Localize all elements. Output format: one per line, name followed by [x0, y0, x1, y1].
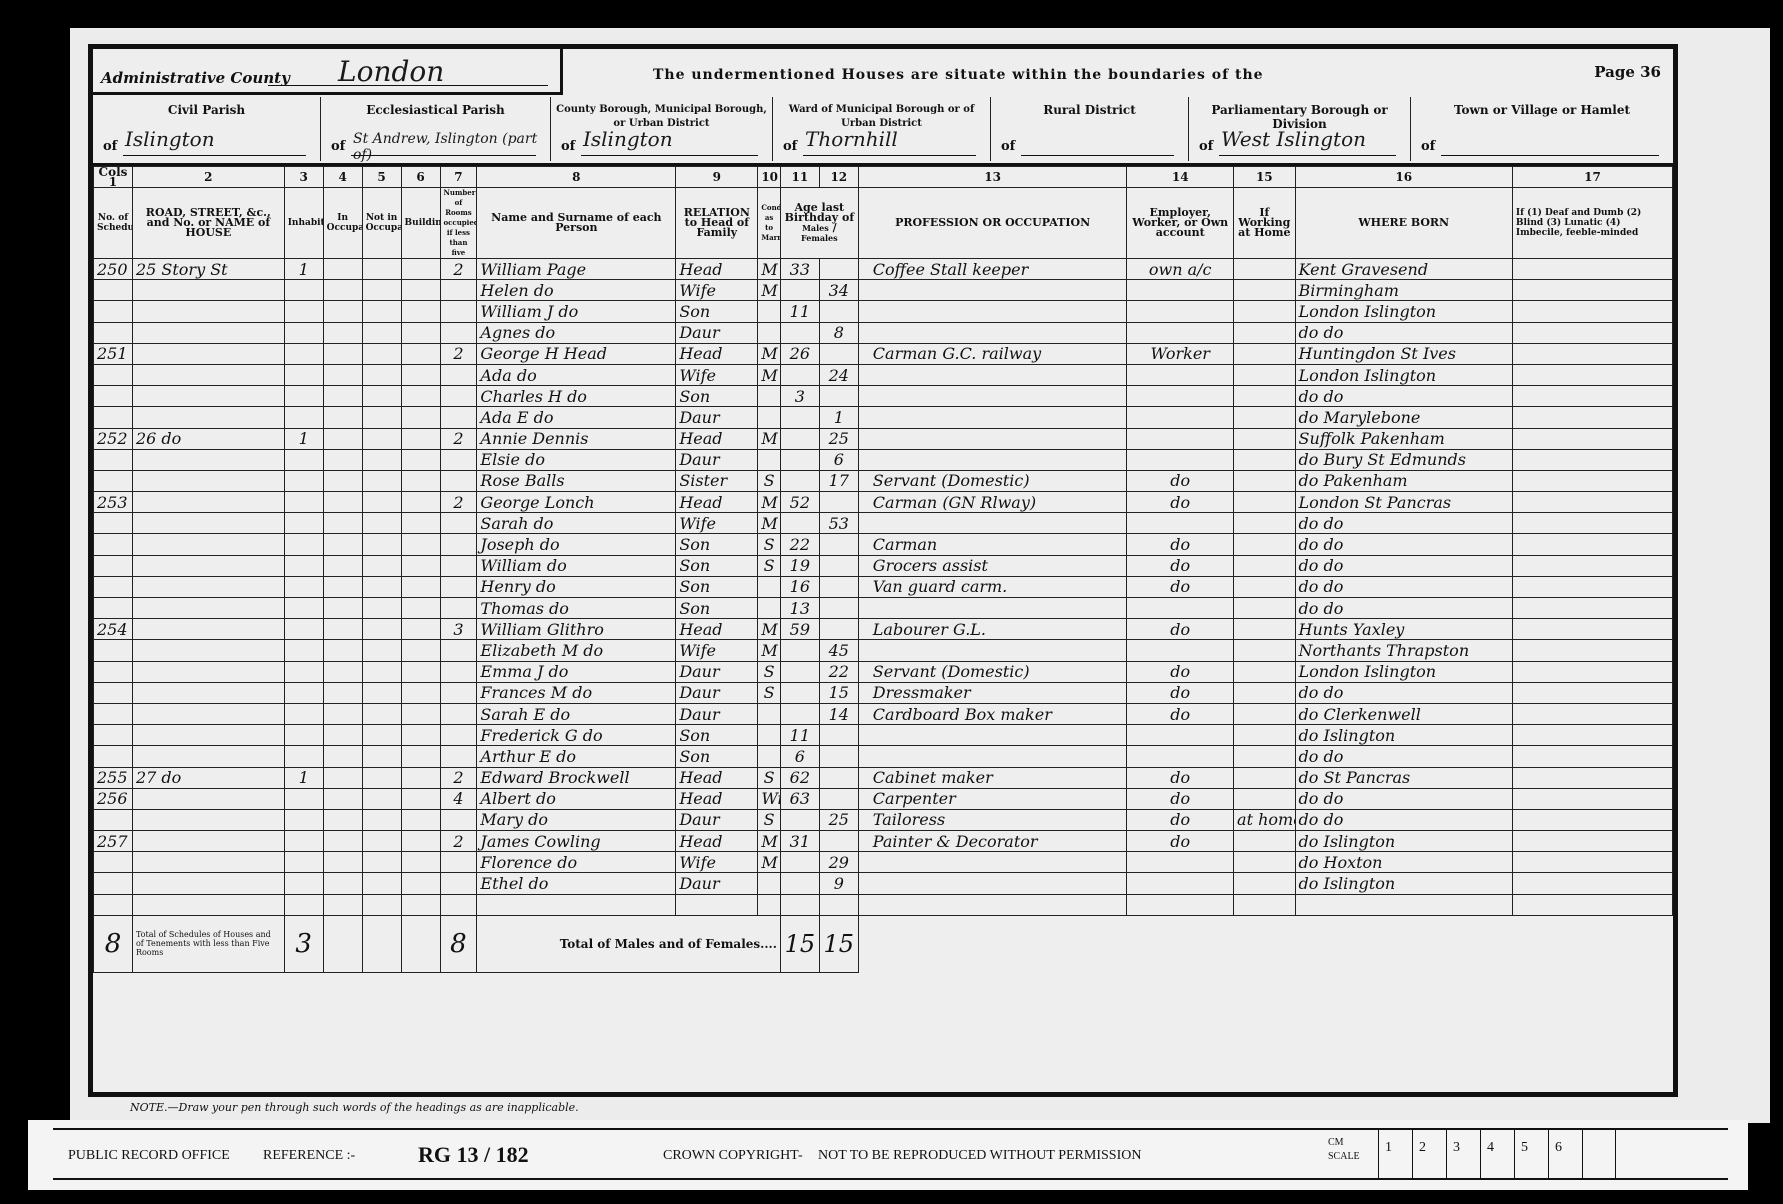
cell-occ [858, 725, 1127, 746]
cell-inf [1512, 280, 1672, 301]
cell-empty [323, 809, 362, 830]
column-headers-row: No. of Schedule ROAD, STREET, &c., and N… [94, 188, 1673, 259]
cell-road [132, 619, 284, 640]
cell-empty [401, 894, 440, 915]
cell-empty [362, 364, 401, 385]
cell-inh [284, 619, 323, 640]
cell-road: 25 Story St [132, 259, 284, 280]
cell-cond: M [758, 492, 781, 513]
cell-rooms [440, 386, 477, 407]
cell-rel: Daur [676, 703, 758, 724]
cell-empty [401, 661, 440, 682]
col-number: 8 [477, 167, 676, 188]
census-row: Thomas doSon13do do [94, 598, 1673, 619]
area-value: St Andrew, Islington (part of) [353, 131, 550, 163]
cell-road [132, 661, 284, 682]
cell-empty [362, 640, 401, 661]
header-inhabited: Inhabited [284, 188, 323, 259]
cell-empty [323, 259, 362, 280]
cell-empty [323, 725, 362, 746]
header-schedule: No. of Schedule [94, 188, 133, 259]
cell-name: Charles H do [477, 386, 676, 407]
census-row: 2564Albert doHeadWidr63Carpenterdodo do [94, 788, 1673, 809]
cell-road: 26 do [132, 428, 284, 449]
cell-born: do do [1295, 576, 1512, 597]
area-municipal-borough: County Borough, Municipal Borough, or Ur… [551, 97, 773, 161]
cell-born: do do [1295, 746, 1512, 767]
cell-inf [1512, 894, 1672, 915]
cell-m [780, 809, 819, 830]
cell-rooms [440, 809, 477, 830]
header-occupation: PROFESSION OR OCCUPATION [858, 188, 1127, 259]
cell-empty [323, 470, 362, 491]
footer-copyright: CROWN COPYRIGHT [663, 1148, 799, 1164]
cell-empty [323, 343, 362, 364]
scale-tick: 6 [1548, 1130, 1582, 1178]
cell-name: Thomas do [477, 598, 676, 619]
cell-empty [323, 576, 362, 597]
cell-m: 13 [780, 598, 819, 619]
cell-empty [401, 767, 440, 788]
cell-home [1234, 492, 1296, 513]
cell-m [780, 449, 819, 470]
cell-name: Ethel do [477, 873, 676, 894]
cell-inh: 1 [284, 259, 323, 280]
col-number: 7 [440, 167, 477, 188]
cell-cond: S [758, 661, 781, 682]
cell-sched [94, 322, 133, 343]
cell-empty [362, 682, 401, 703]
cell-road [132, 343, 284, 364]
header-employer: Employer, Worker, or Own account [1127, 188, 1234, 259]
cell-emp: do [1127, 492, 1234, 513]
cell-born: Hunts Yaxley [1295, 619, 1512, 640]
cell-occ: Tailoress [858, 809, 1127, 830]
cell-rel: Son [676, 576, 758, 597]
cell-occ: Labourer G.L. [858, 619, 1127, 640]
cell-rooms [440, 280, 477, 301]
cell-f [819, 343, 858, 364]
cell-m: 11 [780, 725, 819, 746]
area-title: Town or Village or Hamlet [1411, 103, 1673, 117]
cell-f: 22 [819, 661, 858, 682]
cell-empty [323, 703, 362, 724]
cell-inf [1512, 513, 1672, 534]
cell-empty [362, 746, 401, 767]
cell-inh [284, 576, 323, 597]
cell-sched: 252 [94, 428, 133, 449]
cell-empty [401, 534, 440, 555]
cell-empty [362, 534, 401, 555]
col-number: 10 [758, 167, 781, 188]
cell-home [1234, 831, 1296, 852]
cell-rooms: 2 [440, 343, 477, 364]
cell-empty [323, 831, 362, 852]
census-row: Elizabeth M doWifeM45Northants Thrapston [94, 640, 1673, 661]
cell-empty [401, 640, 440, 661]
scale-tick: 3 [1446, 1130, 1480, 1178]
cell-m: 6 [780, 746, 819, 767]
cell-home [1234, 280, 1296, 301]
cell-m: 22 [780, 534, 819, 555]
cell-emp: do [1127, 576, 1234, 597]
cell-empty [362, 873, 401, 894]
header-age: Age last Birthday of Males / Females [780, 188, 858, 259]
archive-footer: PUBLIC RECORD OFFICE REFERENCE :- RG 13 … [28, 1120, 1748, 1190]
cell-emp: do [1127, 703, 1234, 724]
cell-m: 26 [780, 343, 819, 364]
cell-empty [362, 301, 401, 322]
cell-cond: S [758, 767, 781, 788]
cell-empty [362, 428, 401, 449]
cell-empty [401, 470, 440, 491]
cell-rooms [440, 513, 477, 534]
cell-occ: Cabinet maker [858, 767, 1127, 788]
cell-cond: M [758, 619, 781, 640]
footer-reference-label: REFERENCE :- [263, 1148, 355, 1164]
cell-empty [323, 322, 362, 343]
cell-inh [284, 831, 323, 852]
cell-name: Sarah do [477, 513, 676, 534]
col-number: 4 [323, 167, 362, 188]
scale-tick: 4 [1480, 1130, 1514, 1178]
cell-sched [94, 682, 133, 703]
cell-occ [858, 322, 1127, 343]
cell-inh [284, 598, 323, 619]
cell-rooms [440, 449, 477, 470]
col-number: 11 [780, 167, 819, 188]
census-row: Helen doWifeM34Birmingham [94, 280, 1673, 301]
age-label: Age last Birthday of [785, 201, 854, 224]
cell-born: London Islington [1295, 364, 1512, 385]
cell-home [1234, 767, 1296, 788]
census-row: Emma J doDaurS22Servant (Domestic)doLond… [94, 661, 1673, 682]
cell-f [819, 492, 858, 513]
footer-separator: - [798, 1148, 803, 1164]
cell-empty [362, 407, 401, 428]
cell-home [1234, 576, 1296, 597]
cell-born: do Islington [1295, 831, 1512, 852]
cell-inh [284, 280, 323, 301]
scale-tick: 1 [1378, 1130, 1412, 1178]
census-row: Arthur E doSon6do do [94, 746, 1673, 767]
scale-tick: 5 [1514, 1130, 1548, 1178]
cell-sched: 251 [94, 343, 133, 364]
col-number: 2 [132, 167, 284, 188]
area-town-village: Town or Village or Hamlet of [1411, 97, 1673, 161]
cell-empty [362, 788, 401, 809]
cell-emp [1127, 640, 1234, 661]
cell-born: do Marylebone [1295, 407, 1512, 428]
cell-home [1234, 322, 1296, 343]
cell-road [132, 852, 284, 873]
cell-emp: Worker [1127, 343, 1234, 364]
cell-sched [94, 555, 133, 576]
cell-born: Kent Gravesend [1295, 259, 1512, 280]
cell-born: London St Pancras [1295, 492, 1512, 513]
cell-inh [284, 682, 323, 703]
cell-home [1234, 555, 1296, 576]
cell-empty [323, 555, 362, 576]
cell-rooms [440, 322, 477, 343]
cell-emp: do [1127, 831, 1234, 852]
admin-county-label: Administrative County [101, 69, 290, 87]
cell-road [132, 576, 284, 597]
cell-home [1234, 703, 1296, 724]
cell-f: 15 [819, 682, 858, 703]
cell-road [132, 407, 284, 428]
cell-emp [1127, 746, 1234, 767]
cell-cond [758, 576, 781, 597]
cell-rel: Head [676, 428, 758, 449]
cell-born: do do [1295, 682, 1512, 703]
cell-empty [401, 364, 440, 385]
cell-emp [1127, 852, 1234, 873]
cell-inh [284, 555, 323, 576]
cell-inf [1512, 364, 1672, 385]
cell-empty [401, 852, 440, 873]
cell-f [819, 386, 858, 407]
cell-inh [284, 746, 323, 767]
cell-home [1234, 513, 1296, 534]
cell-cond: M [758, 259, 781, 280]
cell-rooms [440, 746, 477, 767]
cm-scale: 1 2 3 4 5 6 [1378, 1130, 1616, 1178]
cell-empty [362, 343, 401, 364]
cell-rooms: 2 [440, 492, 477, 513]
cell-rel: Head [676, 259, 758, 280]
cell-empty [362, 767, 401, 788]
header-home: If Working at Home [1234, 188, 1296, 259]
cell-rel: Head [676, 343, 758, 364]
cell-home [1234, 259, 1296, 280]
cell-rooms [440, 534, 477, 555]
cell-name: William J do [477, 301, 676, 322]
cell-road [132, 555, 284, 576]
cell-cond [758, 449, 781, 470]
cell-emp [1127, 894, 1234, 915]
cell-inf [1512, 322, 1672, 343]
cell-empty [401, 873, 440, 894]
cell-inf [1512, 682, 1672, 703]
cell-empty [401, 407, 440, 428]
cell-inf [1512, 873, 1672, 894]
cell-name: Florence do [477, 852, 676, 873]
cell-empty [323, 534, 362, 555]
cell-f: 1 [819, 407, 858, 428]
cell-home [1234, 407, 1296, 428]
cell-cond: M [758, 640, 781, 661]
cell-occ [858, 449, 1127, 470]
census-row: Henry doSon16Van guard carm.dodo do [94, 576, 1673, 597]
cell-m: 33 [780, 259, 819, 280]
cell-home [1234, 873, 1296, 894]
cell-rel: Wife [676, 640, 758, 661]
scale-tick: 2 [1412, 1130, 1446, 1178]
cell-road [132, 280, 284, 301]
cell-rel: Head [676, 831, 758, 852]
cell-empty [401, 513, 440, 534]
cell-road [132, 492, 284, 513]
cell-cond: M [758, 280, 781, 301]
cell-road [132, 873, 284, 894]
cell-road [132, 746, 284, 767]
cell-inh [284, 407, 323, 428]
cell-m [780, 640, 819, 661]
cell-born: Suffolk Pakenham [1295, 428, 1512, 449]
cell-home [1234, 788, 1296, 809]
cell-home [1234, 598, 1296, 619]
cell-sched [94, 513, 133, 534]
cell-inf [1512, 343, 1672, 364]
cell-home [1234, 301, 1296, 322]
cell-empty [401, 386, 440, 407]
cell-name: Henry do [477, 576, 676, 597]
cell-f: 29 [819, 852, 858, 873]
cell-road [132, 534, 284, 555]
area-title: Civil Parish [93, 103, 320, 117]
col-number: 12 [819, 167, 858, 188]
cell-rel: Son [676, 598, 758, 619]
cell-emp [1127, 428, 1234, 449]
census-row: Sarah E doDaur14Cardboard Box makerdodo … [94, 703, 1673, 724]
cell-rel: Son [676, 555, 758, 576]
cell-rel [676, 894, 758, 915]
cell-emp [1127, 513, 1234, 534]
cell-sched [94, 364, 133, 385]
administrative-county-box: Administrative County London [93, 49, 563, 95]
cell-sched [94, 725, 133, 746]
cell-f [819, 725, 858, 746]
cell-emp: do [1127, 534, 1234, 555]
cell-f [819, 746, 858, 767]
cell-m [780, 852, 819, 873]
area-title: Rural District [991, 103, 1188, 117]
cell-occ: Carman G.C. railway [858, 343, 1127, 364]
cell-born: do do [1295, 788, 1512, 809]
cell-inh [284, 343, 323, 364]
cell-emp [1127, 725, 1234, 746]
cell-name: Elsie do [477, 449, 676, 470]
cell-f [819, 831, 858, 852]
cell-rel: Son [676, 534, 758, 555]
cell-inh [284, 873, 323, 894]
cell-sched: 257 [94, 831, 133, 852]
cell-sched [94, 661, 133, 682]
cell-empty [362, 259, 401, 280]
cell-rel: Head [676, 788, 758, 809]
cell-sched [94, 852, 133, 873]
cell-name: Annie Dennis [477, 428, 676, 449]
cell-rooms: 2 [440, 428, 477, 449]
cell-rel: Wife [676, 852, 758, 873]
cell-empty [362, 513, 401, 534]
cell-rel: Daur [676, 661, 758, 682]
cell-occ: Servant (Domestic) [858, 470, 1127, 491]
cell-rooms: 4 [440, 788, 477, 809]
cell-occ [858, 428, 1127, 449]
cell-f: 9 [819, 873, 858, 894]
cell-cond [758, 386, 781, 407]
cell-empty [401, 831, 440, 852]
header-condition: Condition as to Marriage [758, 188, 781, 259]
cell-inh [284, 894, 323, 915]
cell-name: William Page [477, 259, 676, 280]
col-number: 17 [1512, 167, 1672, 188]
cell-inh [284, 788, 323, 809]
cell-sched: 255 [94, 767, 133, 788]
cell-rel: Daur [676, 449, 758, 470]
cell-rooms [440, 640, 477, 661]
form-note: NOTE.—Draw your pen through such words o… [130, 1101, 579, 1114]
cell-cond [758, 894, 781, 915]
page-number: Page 36 [1594, 63, 1661, 81]
cell-rel: Head [676, 619, 758, 640]
cell-road [132, 470, 284, 491]
col-number: 6 [401, 167, 440, 188]
cell-m [780, 661, 819, 682]
cell-emp [1127, 322, 1234, 343]
cell-home [1234, 428, 1296, 449]
cell-cond [758, 746, 781, 767]
cell-occ: Van guard carm. [858, 576, 1127, 597]
cell-home [1234, 386, 1296, 407]
cell-emp: do [1127, 809, 1234, 830]
cell-road [132, 682, 284, 703]
cell-home [1234, 364, 1296, 385]
cell-occ [858, 598, 1127, 619]
cell-inf [1512, 788, 1672, 809]
cell-empty [323, 301, 362, 322]
cell-inf [1512, 619, 1672, 640]
cell-empty [323, 280, 362, 301]
cell-home [1234, 534, 1296, 555]
cell-occ: Grocers assist [858, 555, 1127, 576]
cell-empty [401, 449, 440, 470]
cell-road [132, 703, 284, 724]
cell-rel: Son [676, 386, 758, 407]
cell-sched [94, 470, 133, 491]
cell-inf [1512, 259, 1672, 280]
cell-road [132, 301, 284, 322]
cell-name: William do [477, 555, 676, 576]
area-rural-district: Rural District of [991, 97, 1189, 161]
cell-born: do do [1295, 513, 1512, 534]
col-number: Cols 1 [94, 167, 133, 188]
cell-home [1234, 682, 1296, 703]
cell-empty [323, 386, 362, 407]
census-row: Agnes doDaur8do do [94, 322, 1673, 343]
census-row: Frances M doDaurS15Dressmakerdodo do [94, 682, 1673, 703]
census-row: Rose BallsSisterS17Servant (Domestic)dod… [94, 470, 1673, 491]
census-row: Charles H doSon3do do [94, 386, 1673, 407]
cell-name: Frances M do [477, 682, 676, 703]
cell-empty [401, 619, 440, 640]
cell-inh [284, 513, 323, 534]
cell-road [132, 894, 284, 915]
total-inhabited: 3 [284, 915, 323, 972]
cell-inh [284, 449, 323, 470]
cell-born: do do [1295, 386, 1512, 407]
cell-cond: S [758, 809, 781, 830]
cell-born: do Bury St Edmunds [1295, 449, 1512, 470]
cell-occ [858, 364, 1127, 385]
cell-name [477, 894, 676, 915]
footer-scale-label: CM SCALE [1328, 1136, 1368, 1164]
cell-home [1234, 619, 1296, 640]
cell-m [780, 703, 819, 724]
cell-inf [1512, 386, 1672, 407]
